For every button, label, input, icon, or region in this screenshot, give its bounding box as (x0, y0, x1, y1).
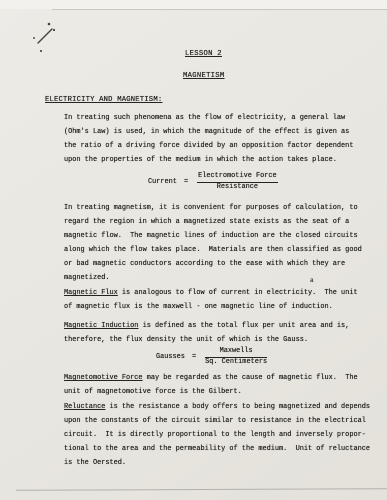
equation-gausses: Gausses = Maxwells Sq. Centimeters (156, 347, 267, 368)
equals-sign: = (184, 178, 188, 186)
lesson-subtitle: MAGNETISM (183, 72, 225, 80)
fraction-denominator: Resistance (197, 183, 278, 193)
paragraph-ohms-law: In treating such phenomena as the flow o… (64, 111, 353, 167)
equals-sign: = (192, 353, 196, 361)
text-line: therefore, the flux density the unit of … (64, 333, 349, 347)
equation-current: Current = Electromotive Force Resistance (148, 172, 278, 193)
text-line: upon the constants of the circuit simila… (64, 414, 370, 428)
paragraph-magnetic-induction: Magnetic Induction is defined as the tot… (64, 319, 349, 347)
fraction-numerator: Maxwells (205, 347, 267, 358)
paragraph-reluctance: Reluctance is the resistance a body offe… (64, 400, 370, 470)
text-line: In treating such phenomena as the flow o… (64, 111, 353, 125)
text-line: or bad magnetic conductors according to … (64, 257, 362, 271)
text-line: magnetic flow. The magnetic lines of ind… (64, 229, 362, 243)
text-line: tional to the area and the permeability … (64, 442, 370, 456)
text-line: along which the flow takes place. Materi… (64, 243, 362, 257)
text-line: circuit. It is directly proportional to … (64, 428, 370, 442)
lesson-title: LESSON 2 (185, 50, 222, 58)
document-page: LESSON 2 MAGNETISM ELECTRICITY AND MAGNE… (0, 0, 387, 500)
text-line: In treating magnetism, it is convenient … (64, 201, 362, 215)
stray-ink-mark: a (310, 277, 314, 284)
text-line: upon the properties of the medium in whi… (64, 153, 353, 167)
fraction-numerator: Electromotive Force (197, 172, 278, 183)
text-line: unit of magnetomotive force is the Gilbe… (64, 385, 358, 399)
paragraph-magnetism-flow: In treating magnetism, it is convenient … (64, 201, 362, 285)
fraction: Electromotive Force Resistance (197, 172, 278, 193)
text-line: (Ohm's Law) is used, in which the magnit… (64, 125, 353, 139)
scan-top-strip (0, 0, 387, 9)
section-heading: ELECTRICITY AND MAGNETISM: (45, 96, 162, 104)
underlined-term: Magnetic Flux (64, 289, 118, 297)
underlined-term: Magnetic Induction (64, 322, 138, 330)
pen-check-mark (28, 16, 64, 58)
text-line: Reluctance is the resistance a body offe… (64, 400, 370, 414)
text-line: Magnetic Induction is defined as the tot… (64, 319, 349, 333)
underlined-term: Magnetomotive Force (64, 374, 143, 382)
fraction-denominator: Sq. Centimeters (205, 358, 267, 368)
paragraph-magnetic-flux: Magnetic Flux is analogous to flow of cu… (64, 286, 358, 314)
text-line: the ratio of a driving force divided by … (64, 139, 353, 153)
fraction: Maxwells Sq. Centimeters (205, 347, 267, 368)
text-line: magnetized. (64, 271, 362, 285)
scan-bottom-edge-line (16, 488, 387, 491)
text-line: is the Oersted. (64, 456, 370, 470)
text-line: of magnetic flux is the maxwell - one ma… (64, 300, 358, 314)
text-line: regard the region in which a magnetized … (64, 215, 362, 229)
text-line: Magnetic Flux is analogous to flow of cu… (64, 286, 358, 300)
equation-lhs: Gausses (156, 353, 185, 361)
text-line: Magnetomotive Force may be regarded as t… (64, 371, 358, 385)
underlined-term: Reluctance (64, 403, 105, 411)
scan-top-edge-line (52, 9, 387, 10)
equation-lhs: Current (148, 178, 177, 186)
paragraph-magnetomotive-force: Magnetomotive Force may be regarded as t… (64, 371, 358, 399)
